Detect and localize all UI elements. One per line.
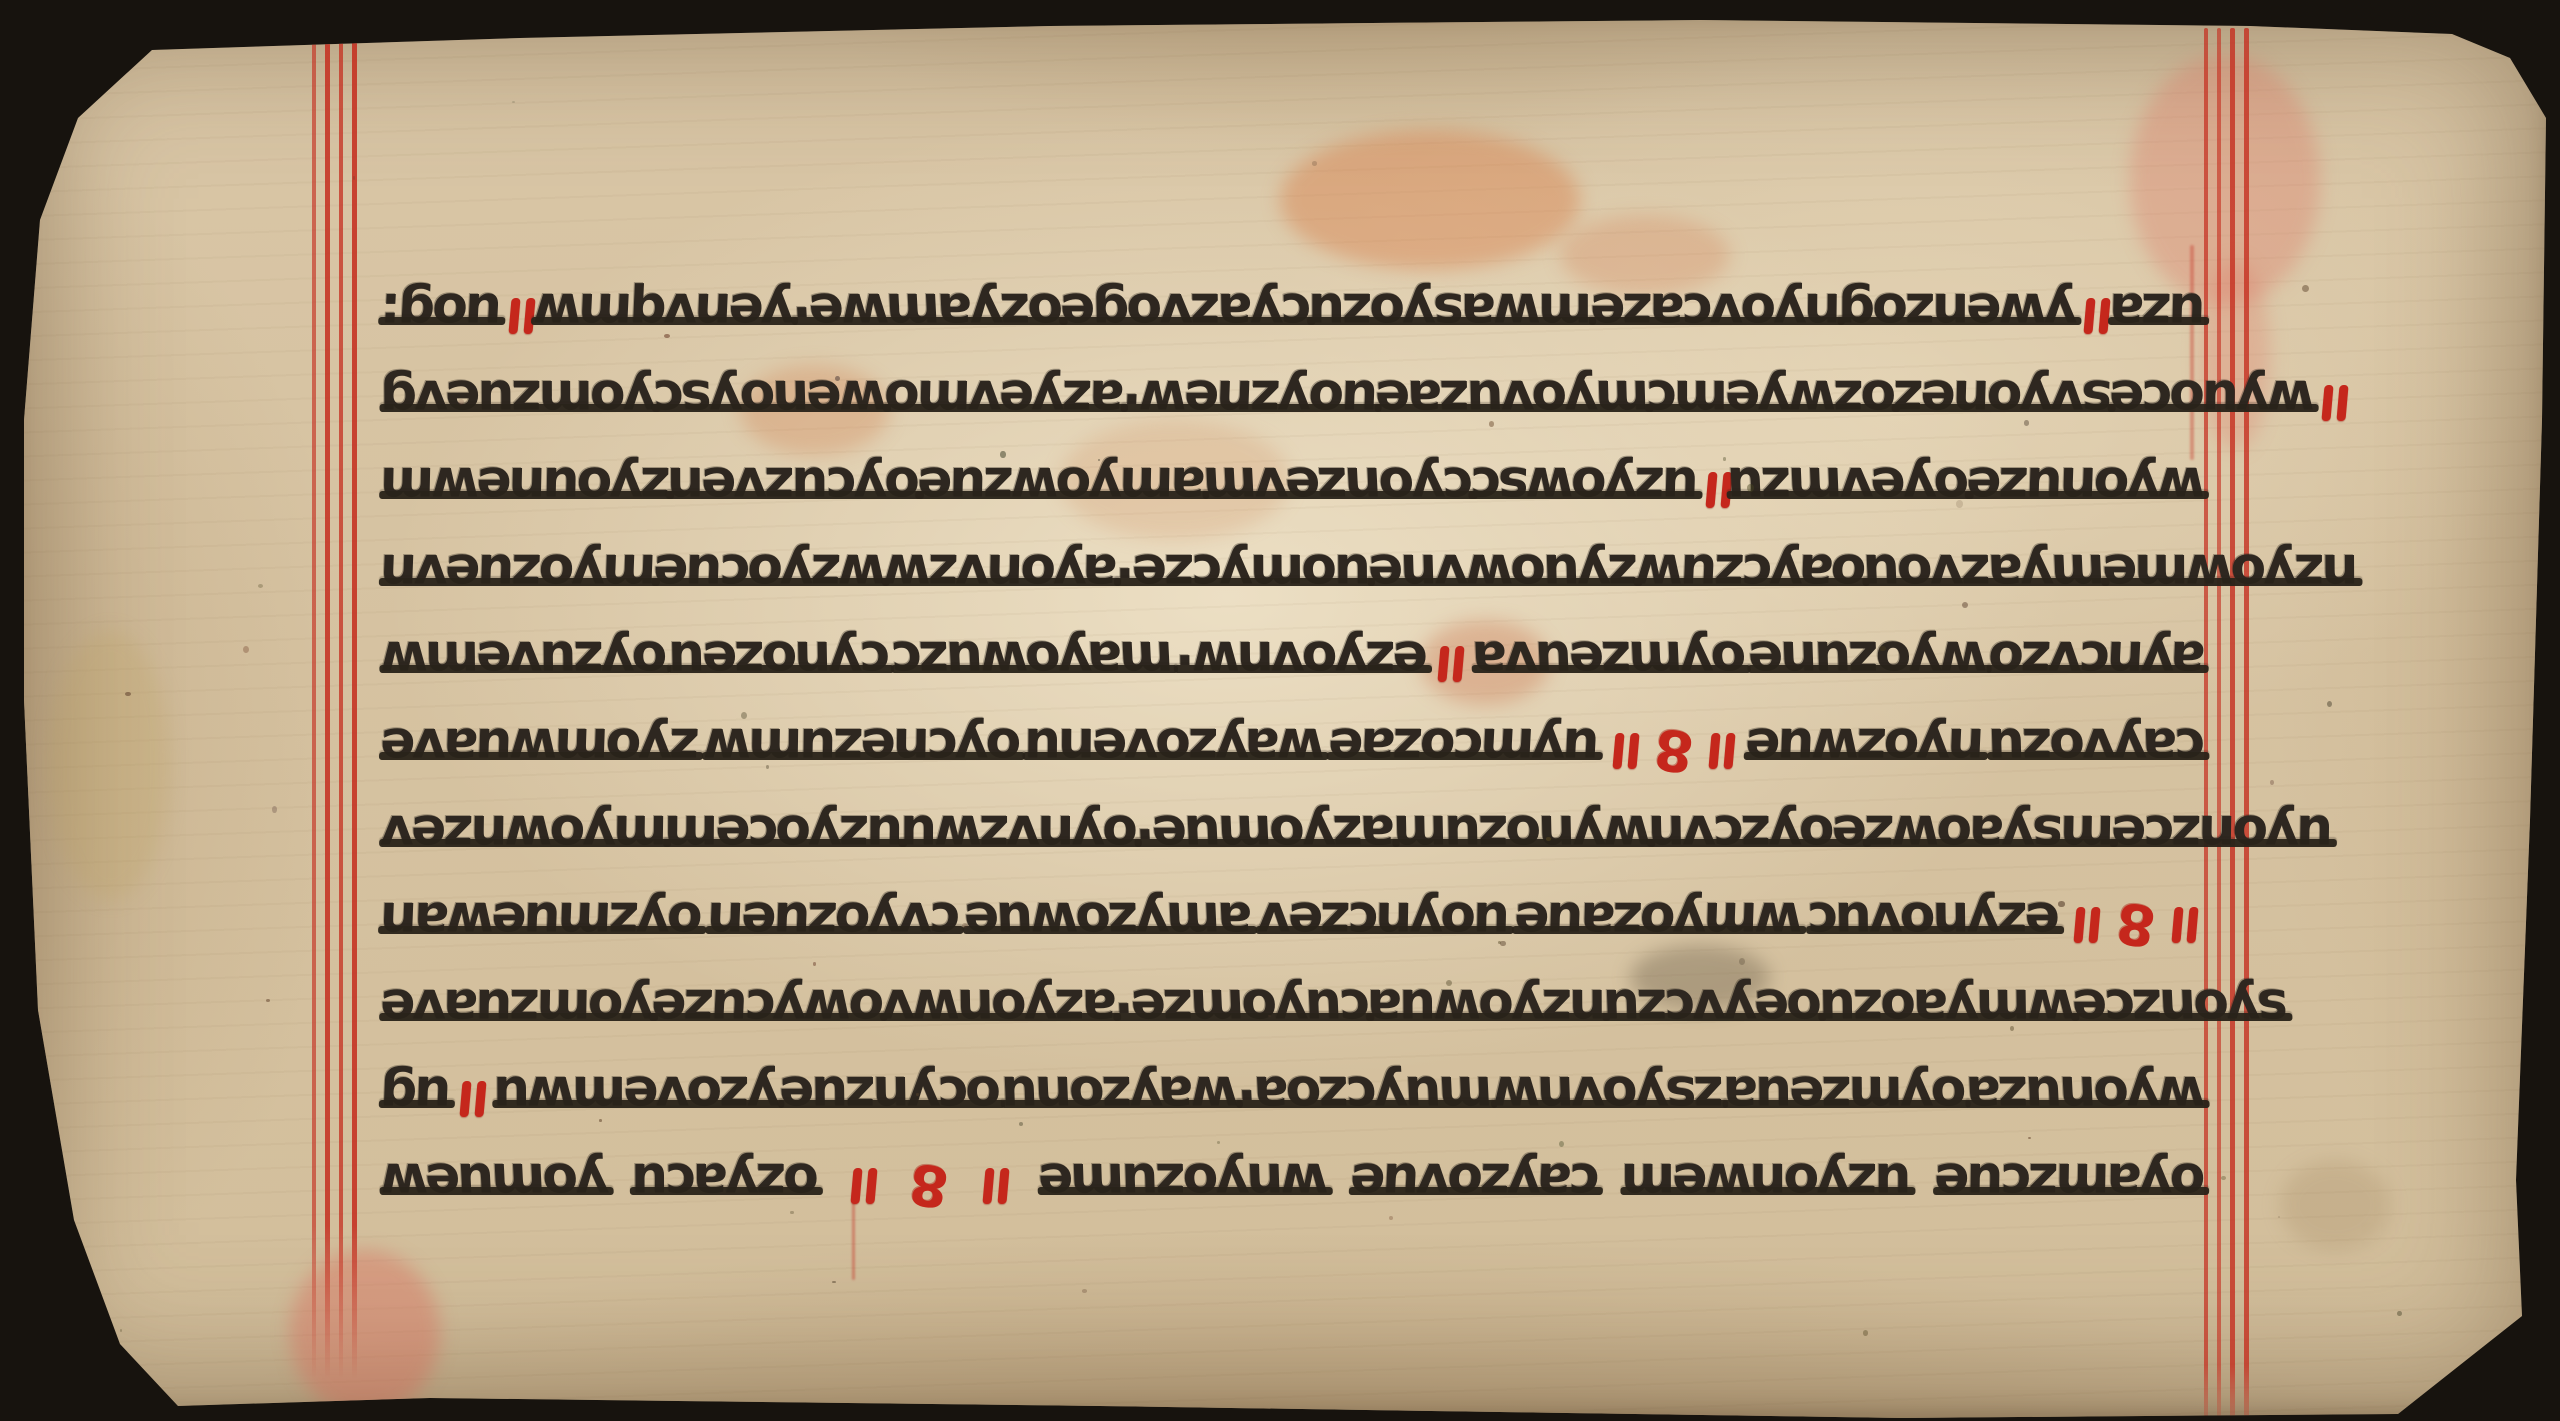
script-cluster: ywenzog	[1840, 280, 2077, 342]
paper-speck	[1500, 941, 1505, 947]
script-cluster: oycuzven	[670, 454, 920, 516]
text-line-5: oyzuvemwcynozeumayowuzcezyovnw·oymzeuvaw…	[383, 628, 2205, 690]
script-cluster: wayzonu	[1002, 1063, 1239, 1125]
text-line-11: yomuewozyacu8wnyozumecayzovueuzyonwemoya…	[383, 1150, 2205, 1212]
script-cluster: amyzowue	[966, 889, 1254, 951]
margin-line	[2244, 28, 2249, 1421]
left-margin-ruling	[312, 28, 364, 1421]
paper-speck	[2028, 1137, 2030, 1139]
script-cluster: ayonvzw	[886, 541, 1119, 603]
stain-left-edge-yellow	[50, 630, 170, 900]
script-cluster: ozyamwe·	[793, 280, 1064, 342]
paper-speck	[1446, 980, 1453, 987]
paper-speck	[832, 1281, 836, 1283]
script-cluster: muyczoa·	[1239, 1063, 1495, 1125]
paper-speck	[1863, 1330, 1869, 1336]
paper-speck	[1739, 958, 1745, 965]
script-cluster: wnyozume	[1040, 1150, 1329, 1212]
script-cluster: oymzeuva	[1474, 628, 1748, 690]
script-cluster: ezynovuc	[1810, 889, 2061, 951]
paper-speck	[1956, 500, 1963, 508]
paper-speck	[1723, 457, 1726, 461]
script-cluster: cayzovue	[1352, 1150, 1602, 1212]
paper-speck	[813, 962, 816, 965]
paper-speck	[2024, 420, 2030, 426]
margin-line	[2230, 28, 2235, 1421]
paper-speck	[1019, 1122, 1024, 1126]
script-cluster: azyonwv	[884, 976, 1118, 1038]
paper-speck	[1559, 1141, 1564, 1148]
script-cluster: uyonzce	[2113, 802, 2333, 864]
paper-speck	[1217, 1141, 1220, 1144]
paper-speck	[272, 806, 278, 813]
paper-speck	[1546, 837, 1551, 840]
script-cluster: wayzovenu	[1027, 715, 1325, 777]
paper-speck	[2270, 780, 2274, 785]
text-line-3: zyounewmoycuzvenamyowzuecyonzevmuzyowsco…	[383, 454, 2205, 516]
script-cluster: wyonuza	[1967, 1063, 2206, 1125]
stain-top-center-orange	[1280, 130, 1580, 270]
script-cluster: wenoysc	[656, 367, 888, 429]
script-cluster: eoyzcvn	[1650, 802, 1867, 864]
paper-speck	[266, 999, 270, 1002]
paper-speck	[1098, 459, 1100, 461]
script-cluster: owycuze	[653, 976, 886, 1038]
paper-speck	[243, 646, 249, 653]
script-cluster: zyounewm	[382, 454, 671, 516]
text-line-9: yomzuaveowycuzeazyonwvcuyomze·nzyowuaoey…	[383, 976, 2205, 1038]
paper-speck	[1747, 484, 1754, 492]
paper-speck	[766, 765, 769, 769]
script-cluster: nzyowua	[1370, 976, 1606, 1038]
script-cluster: zyomwuave	[382, 715, 701, 777]
script-cluster: azyevmo	[886, 367, 1125, 429]
rubric-double-danda-mark	[2169, 903, 2201, 949]
script-cluster: uoyznew·	[1123, 367, 1378, 429]
text-line-2: yomzuevgwenoyscazyevmouoyznew·myovuzaeoz…	[383, 367, 2205, 429]
right-margin-ruling	[2204, 28, 2256, 1421]
script-cluster: ocynzue	[782, 1063, 1002, 1125]
rubric-double-danda-mark	[2081, 294, 2108, 340]
script-cluster: mwasyozu	[1311, 280, 1592, 342]
script-cluster: yzovemwu	[496, 1063, 781, 1125]
paper-speck	[120, 1329, 122, 1331]
text-line-10: ugyzovemwuocynzuewayzonumuyczoa·zsyovnwo…	[383, 1063, 2205, 1125]
script-cluster: wzyocue	[655, 541, 887, 603]
script-cluster: myazvou	[1865, 541, 2107, 603]
script-cluster: zsyovnw	[1494, 1063, 1725, 1125]
paper-speck	[1268, 1015, 1271, 1018]
rubric-double-danda-mark	[848, 1164, 880, 1210]
rubric-section-figure: 8	[1651, 719, 1697, 780]
script-cluster: wmyaozu	[1822, 976, 2076, 1038]
script-cluster: mayowuzc	[893, 628, 1175, 690]
script-cluster: nzyowme	[2105, 541, 2359, 603]
script-cluster: wynozum	[1395, 802, 1651, 864]
paper-speck	[2058, 901, 2064, 906]
paper-speck	[2397, 1311, 2402, 1317]
script-cluster: yomzuevg	[383, 367, 657, 429]
script-cluster: nyozwue	[1747, 715, 1986, 777]
script-cluster: cvyozuen	[709, 889, 961, 951]
rubric-section-figure: 8	[2113, 893, 2159, 954]
script-cluster: oeyvczu	[1605, 976, 1823, 1038]
photograph-black-backdrop: uog:yenvqmwozyamwe·cyazvogemwasyozunyovc…	[0, 0, 2560, 1421]
script-cluster: cuyomze·	[1116, 976, 1372, 1038]
script-cluster: uza	[2111, 280, 2206, 342]
script-cluster: wyuoce	[2112, 367, 2316, 429]
paper-speck	[916, 1093, 919, 1095]
script-cluster: nyovcaze	[1592, 280, 1841, 342]
paper-speck	[458, 399, 463, 405]
paper-speck	[790, 1211, 794, 1215]
paper-speck	[1082, 1289, 1087, 1292]
script-cluster: myozuevn	[382, 541, 658, 603]
script-cluster: syonzce	[2074, 976, 2290, 1038]
paper-speck	[2010, 1026, 2014, 1031]
paper-speck	[2221, 1176, 2226, 1180]
script-cluster: ug	[382, 1063, 453, 1125]
rubric-double-danda-mark	[1703, 468, 1726, 514]
script-cluster: yenvqmw	[535, 280, 796, 342]
script-cluster: oymzeua	[1726, 1063, 1967, 1125]
script-cluster: oayczuw	[1636, 541, 1867, 603]
rubric-double-danda-mark	[1435, 642, 1467, 688]
script-cluster: ezyovnw·	[1177, 628, 1428, 690]
script-cluster: amyowzue	[920, 454, 1207, 516]
script-cluster: oycnezumw	[705, 715, 1021, 777]
rubric-double-danda-mark	[980, 1164, 1012, 1210]
margin-line	[2217, 28, 2221, 1421]
margin-line	[325, 28, 330, 1421]
script-cluster: ozyacu	[634, 1150, 819, 1212]
margin-line	[352, 28, 357, 1421]
script-cluster: yomuew	[381, 1150, 610, 1212]
script-cluster: oyamzcue	[1936, 1150, 2205, 1212]
script-cluster: wyozune	[1750, 628, 1988, 690]
script-cluster: msyaowz	[1866, 802, 2114, 864]
margin-line	[339, 28, 343, 1421]
script-cluster: uog:	[381, 280, 503, 342]
paper-speck	[2302, 285, 2309, 292]
script-cluster: myownzev	[383, 802, 668, 864]
script-cluster: ozwyemc	[1649, 367, 1896, 429]
script-cluster: oyzmuewan	[382, 889, 704, 951]
text-line-1: uog:yenvqmwozyamwe·cyazvogemwasyozunyovc…	[383, 280, 2205, 342]
paper-speck	[664, 334, 670, 338]
script-cluster: uomycze·	[1118, 541, 1371, 603]
margin-line	[312, 28, 316, 1421]
rubric-double-danda-mark	[506, 294, 533, 340]
rubric-double-danda-mark	[457, 1077, 489, 1123]
rubric-double-danda-mark	[1706, 729, 1738, 775]
paper-speck	[741, 712, 747, 719]
script-cluster: svyonez	[1895, 367, 2113, 429]
rubric-double-danda-mark	[2071, 903, 2103, 949]
script-cluster: wyonuze	[1968, 454, 2206, 516]
script-cluster: uzyocem	[667, 802, 904, 864]
script-cluster: cyazvoge	[1063, 280, 1312, 342]
paper-speck	[1489, 421, 1495, 427]
paper-speck	[1312, 161, 1317, 165]
script-cluster: uoynczev	[1259, 889, 1510, 951]
script-cluster: myovuzae	[1377, 367, 1650, 429]
paper-speck	[2327, 701, 2332, 707]
script-cluster: wmyozaue	[1516, 889, 1804, 951]
script-cluster: cyonzevm	[1204, 454, 1474, 516]
script-cluster: oyevmzu	[1728, 454, 1970, 516]
script-cluster: cynozeu	[671, 628, 891, 690]
script-cluster: zyuowvne	[1370, 541, 1639, 603]
script-cluster: oyzuvemw	[383, 628, 668, 690]
paper-speck	[1000, 451, 1005, 457]
paper-speck	[1389, 1216, 1393, 1221]
script-cluster: uymcozae	[1330, 715, 1601, 777]
script-cluster: ayncvzo	[1989, 628, 2206, 690]
paper-speck	[2278, 1216, 2280, 1218]
script-cluster: uzyowsc	[1472, 454, 1699, 516]
script-cluster: yomzuave	[382, 976, 654, 1038]
script-cluster: uzyonwem	[1624, 1150, 1912, 1212]
paper-speck	[258, 584, 263, 588]
script-cluster: azyomue·	[1137, 802, 1397, 864]
rubric-double-danda-mark	[1610, 729, 1642, 775]
rubric-section-figure: 8	[906, 1154, 952, 1215]
script-cluster: cayvozu	[1990, 715, 2206, 777]
text-line-7: myownzevuzyocemoynvzwuazyomue·wynozumeoy…	[383, 802, 2205, 864]
paper-speck	[1962, 602, 1968, 608]
text-line-4: myozuevnwzyocueayonvzwuomycze·zyuowvneoa…	[383, 541, 2205, 603]
paper-speck	[512, 101, 515, 103]
manuscript-folio: uog:yenvqmwozyamwe·cyazvogemwasyozunyovc…	[0, 0, 2560, 1421]
paper-speck	[599, 1119, 602, 1122]
stain-bottom-right-foxing	[2280, 1160, 2390, 1250]
paper-speck	[1879, 646, 1886, 650]
text-line-8: oyzmuewancvyozuenamyzowueuoynczevwmyozau…	[383, 889, 2205, 951]
script-cluster: oynvzwu	[903, 802, 1138, 864]
text-line-6: zyomwuaveoycnezumwwayzovenuuymcozae8nyoz…	[383, 715, 2205, 777]
